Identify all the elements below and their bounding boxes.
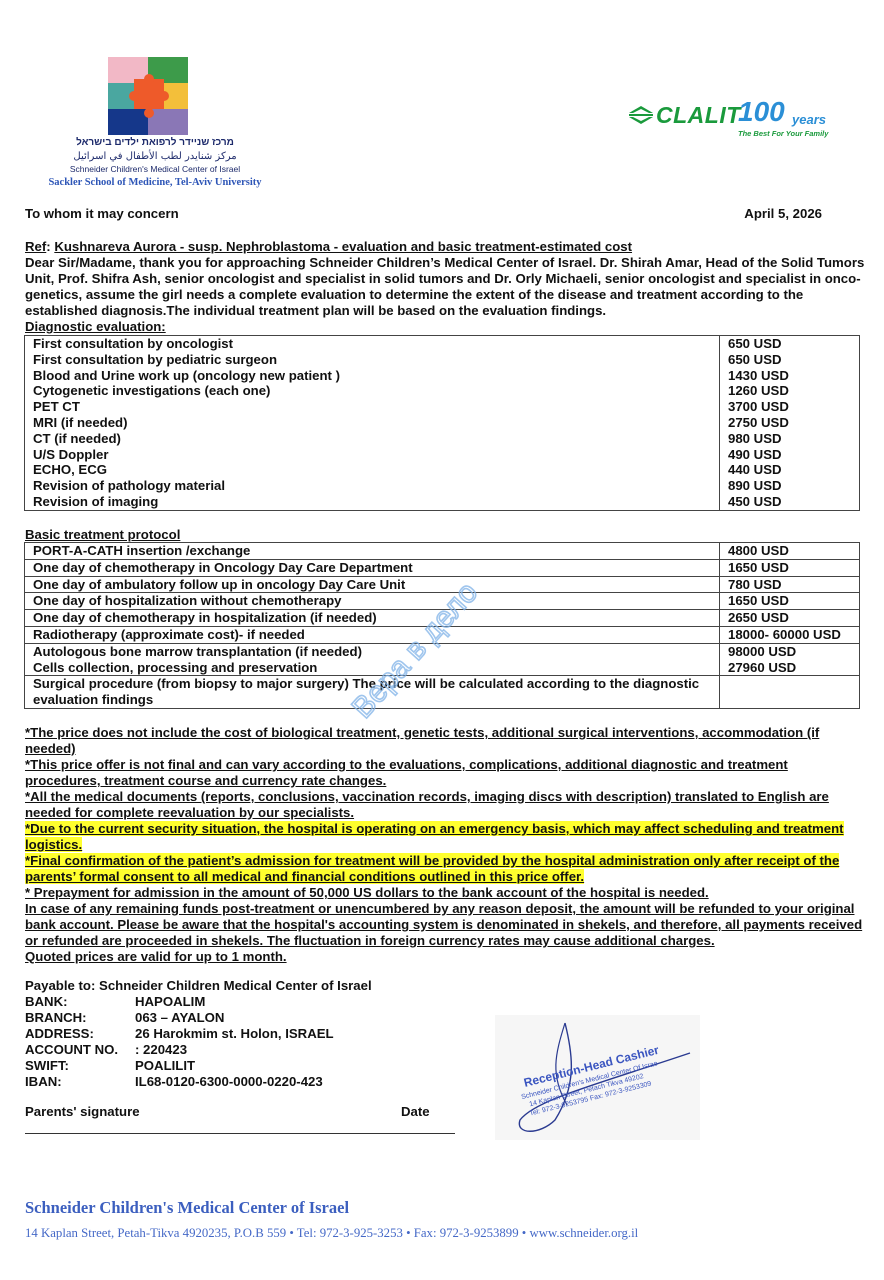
table-row: Cells collection, processing and preserv… — [25, 660, 860, 676]
item-name: Revision of imaging — [25, 494, 720, 510]
table-row: PET CT3700 USD — [25, 399, 860, 415]
table-row: Revision of imaging450 USD — [25, 494, 860, 510]
treatment-title: Basic treatment protocol — [25, 527, 180, 543]
item-name: Cytogenetic investigations (each one) — [25, 383, 720, 399]
bank-detail-row: BANK:HAPOALIM — [25, 994, 372, 1010]
bank-detail-row: IBAN:IL68-0120-6300-0000-0220-423 — [25, 1074, 372, 1090]
ref-text: Kushnareva Aurora - susp. Nephroblastoma… — [54, 239, 632, 254]
bank-detail-value: IL68-0120-6300-0000-0220-423 — [135, 1074, 323, 1090]
reference-line: Ref: Kushnareva Aurora - susp. Nephrobla… — [25, 239, 865, 255]
note-text: *The price does not include the cost of … — [25, 725, 819, 756]
footer-hospital-name: Schneider Children's Medical Center of I… — [25, 1198, 349, 1218]
item-price: 18000- 60000 USD — [720, 626, 860, 643]
item-name: Surgical procedure (from biopsy to major… — [25, 676, 720, 709]
table-row: One day of chemotherapy in Oncology Day … — [25, 559, 860, 576]
item-name: Revision of pathology material — [25, 478, 720, 494]
clalit-100: 100 — [738, 96, 785, 128]
item-name: First consultation by oncologist — [25, 336, 720, 352]
signature-date-label: Date — [401, 1104, 430, 1120]
item-price: 490 USD — [720, 447, 860, 463]
item-price: 27960 USD — [720, 660, 860, 676]
item-price: 98000 USD — [720, 643, 860, 659]
bank-detail-value: : 220423 — [135, 1042, 187, 1058]
item-name: CT (if needed) — [25, 431, 720, 447]
item-name: Radiotherapy (approximate cost)- if need… — [25, 626, 720, 643]
bank-detail-value: POALILIT — [135, 1058, 195, 1074]
bank-detail-row: SWIFT:POALILIT — [25, 1058, 372, 1074]
note-text: *Due to the current security situation, … — [25, 821, 844, 852]
item-price: 980 USD — [720, 431, 860, 447]
bank-detail-label: ACCOUNT NO. — [25, 1042, 118, 1058]
note-text: In case of any remaining funds post-trea… — [25, 901, 862, 948]
parents-signature-label: Parents' signature — [25, 1104, 140, 1120]
table-row: First consultation by pediatric surgeon6… — [25, 352, 860, 368]
signature-line[interactable] — [25, 1133, 455, 1134]
item-price: 2750 USD — [720, 415, 860, 431]
bank-detail-value: 26 Harokmim st. Holon, ISRAEL — [135, 1026, 334, 1042]
clalit-logo: CLALIT 100 years The Best For Your Famil… — [628, 92, 838, 142]
note-item: *Due to the current security situation, … — [25, 821, 865, 853]
notes-section: *The price does not include the cost of … — [25, 725, 865, 965]
table-row: Autologous bone marrow transplantation (… — [25, 643, 860, 659]
clalit-tagline: The Best For Your Family — [738, 129, 828, 138]
note-text: * Prepayment for admission in the amount… — [25, 885, 709, 900]
item-name: One day of chemotherapy in hospitalizati… — [25, 610, 720, 627]
item-price: 890 USD — [720, 478, 860, 494]
item-price: 3700 USD — [720, 399, 860, 415]
logo-arabic-text: مركز شنايدر لطب الأطفال في اسرائيل — [30, 151, 280, 162]
item-name: Cells collection, processing and preserv… — [25, 660, 720, 676]
note-item: *Final confirmation of the patient’s adm… — [25, 853, 865, 885]
bank-detail-label: BRANCH: — [25, 1010, 87, 1026]
cashier-stamp-icon: Reception-Head Cashier Schneider Childre… — [495, 1015, 700, 1140]
footer-address: 14 Kaplan Street, Petah-Tikva 4920235, P… — [25, 1226, 638, 1241]
payment-details: Payable to: Schneider Children Medical C… — [25, 978, 372, 1090]
salutation-line: To whom it may concern — [25, 206, 179, 222]
table-row: U/S Doppler490 USD — [25, 447, 860, 463]
item-price: 440 USD — [720, 462, 860, 478]
payable-to: Payable to: Schneider Children Medical C… — [25, 978, 372, 994]
table-row: CT (if needed)980 USD — [25, 431, 860, 447]
item-name: First consultation by pediatric surgeon — [25, 352, 720, 368]
note-item: *This price offer is not final and can v… — [25, 757, 865, 789]
note-item: * Prepayment for admission in the amount… — [25, 885, 865, 901]
note-text: *All the medical documents (reports, con… — [25, 789, 829, 820]
item-name: ECHO, ECG — [25, 462, 720, 478]
table-row: One day of hospitalization without chemo… — [25, 593, 860, 610]
item-price: 1650 USD — [720, 559, 860, 576]
item-name: PET CT — [25, 399, 720, 415]
puzzle-logo-icon — [108, 57, 188, 135]
note-item: Quoted prices are valid for up to 1 mont… — [25, 949, 865, 965]
treatment-table: PORT-A-CATH insertion /exchange4800 USDO… — [24, 542, 860, 709]
item-price: 1650 USD — [720, 593, 860, 610]
clalit-brand: CLALIT — [656, 102, 741, 129]
item-name: MRI (if needed) — [25, 415, 720, 431]
table-row: One day of chemotherapy in hospitalizati… — [25, 610, 860, 627]
bank-detail-label: BANK: — [25, 994, 68, 1010]
letter-date: April 5, 2026 — [744, 206, 822, 222]
item-name: U/S Doppler — [25, 447, 720, 463]
note-text: *Final confirmation of the patient’s adm… — [25, 853, 839, 884]
item-price: 4800 USD — [720, 543, 860, 560]
bank-detail-label: ADDRESS: — [25, 1026, 94, 1042]
item-price — [720, 676, 860, 709]
item-name: One day of ambulatory follow up in oncol… — [25, 576, 720, 593]
table-row: One day of ambulatory follow up in oncol… — [25, 576, 860, 593]
note-text: Quoted prices are valid for up to 1 mont… — [25, 949, 287, 964]
item-name: One day of hospitalization without chemo… — [25, 593, 720, 610]
logo-hebrew-text: מרכז שניידר לרפואת ילדים בישראל — [30, 137, 280, 148]
table-row: ECHO, ECG440 USD — [25, 462, 860, 478]
item-name: Blood and Urine work up (oncology new pa… — [25, 368, 720, 384]
note-item: *The price does not include the cost of … — [25, 725, 865, 757]
diagnostic-table: First consultation by oncologist650 USDF… — [24, 335, 860, 511]
table-row: Surgical procedure (from biopsy to major… — [25, 676, 860, 709]
bank-detail-label: IBAN: — [25, 1074, 62, 1090]
table-row: Radiotherapy (approximate cost)- if need… — [25, 626, 860, 643]
item-price: 1260 USD — [720, 383, 860, 399]
table-row: PORT-A-CATH insertion /exchange4800 USD — [25, 543, 860, 560]
note-item: *All the medical documents (reports, con… — [25, 789, 865, 821]
table-row: First consultation by oncologist650 USD — [25, 336, 860, 352]
ref-label: Ref — [25, 239, 46, 254]
item-name: Autologous bone marrow transplantation (… — [25, 643, 720, 659]
clalit-emblem-icon — [628, 104, 654, 126]
item-name: PORT-A-CATH insertion /exchange — [25, 543, 720, 560]
bank-detail-row: BRANCH:063 – AYALON — [25, 1010, 372, 1026]
logo-english-text: Schneider Children's Medical Center of I… — [30, 164, 280, 174]
bank-detail-label: SWIFT: — [25, 1058, 69, 1074]
table-row: Cytogenetic investigations (each one)126… — [25, 383, 860, 399]
item-price: 450 USD — [720, 494, 860, 510]
logo-university-text: Sackler School of Medicine, Tel-Aviv Uni… — [20, 177, 290, 188]
table-row: Revision of pathology material890 USD — [25, 478, 860, 494]
item-name: One day of chemotherapy in Oncology Day … — [25, 559, 720, 576]
item-price: 650 USD — [720, 336, 860, 352]
intro-paragraph: Dear Sir/Madame, thank you for approachi… — [25, 255, 865, 319]
item-price: 1430 USD — [720, 368, 860, 384]
bank-detail-value: 063 – AYALON — [135, 1010, 224, 1026]
table-row: Blood and Urine work up (oncology new pa… — [25, 368, 860, 384]
note-text: *This price offer is not final and can v… — [25, 757, 788, 788]
bank-detail-row: ADDRESS:26 Harokmim st. Holon, ISRAEL — [25, 1026, 372, 1042]
table-row: MRI (if needed)2750 USD — [25, 415, 860, 431]
item-price: 780 USD — [720, 576, 860, 593]
bank-detail-row: ACCOUNT NO.: 220423 — [25, 1042, 372, 1058]
item-price: 650 USD — [720, 352, 860, 368]
clalit-years: years — [792, 112, 826, 127]
diagnostic-title: Diagnostic evaluation: — [25, 319, 166, 335]
bank-detail-value: HAPOALIM — [135, 994, 205, 1010]
item-price: 2650 USD — [720, 610, 860, 627]
note-item: In case of any remaining funds post-trea… — [25, 901, 865, 949]
